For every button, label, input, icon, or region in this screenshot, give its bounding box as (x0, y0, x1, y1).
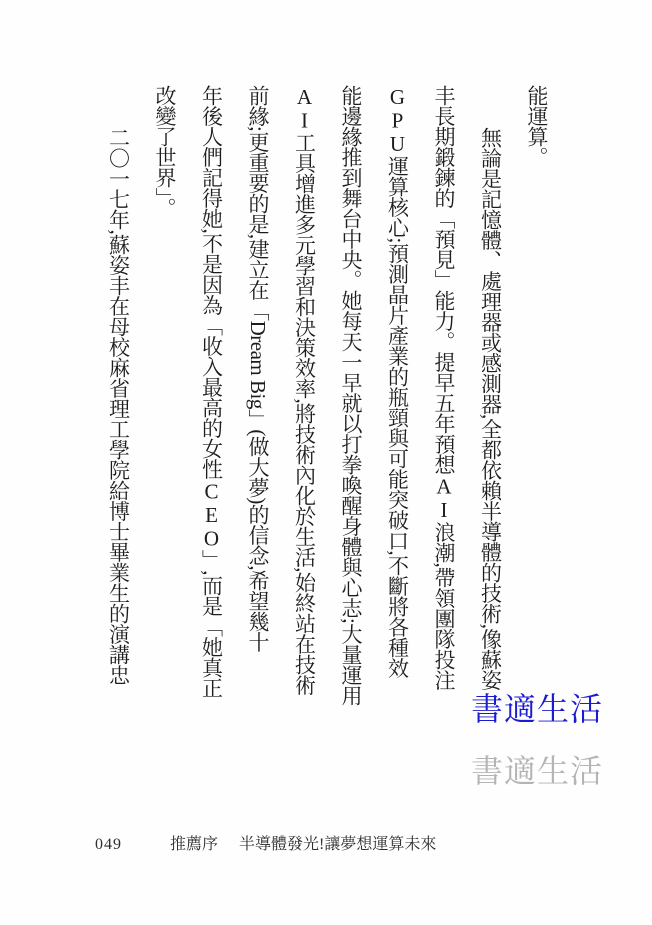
latin-upright-text: GPU (386, 85, 410, 156)
section-label: 推薦序 (170, 836, 218, 853)
column-text: 」(做大夢)的信念,希望幾十 (246, 409, 270, 652)
column-text: 年後人們記得她,不是因為「收入最高的女性 (200, 85, 224, 479)
latin-upright-text: AI (432, 475, 456, 522)
column-text: 二〇一七年,蘇姿丰在母校麻省理工學院給博士畢業生的演講忠 (107, 127, 131, 685)
column-text: 前緣;更重要的是,建立在「 (246, 85, 270, 321)
column-text: Dream Big (246, 321, 270, 409)
column-text: 浪潮,帶領團隊投注 (432, 522, 456, 691)
column-text: 無論是記憶體、處理器或感測器,全都依賴半導體的技術,像蘇姿 (479, 127, 503, 690)
text-column: AI工具增進多元學習和決策效率,將技術內化於生活,始終站在技術 (281, 85, 328, 830)
column-text: 工具增進多元學習和決策效率,將技術內化於生活,始終站在技術 (293, 132, 317, 695)
text-column: 丰長期鍛鍊的「預見」能力。提早五年預想AI浪潮,帶領團隊投注 (421, 85, 468, 830)
column-text: 能邊緣推到舞台中央。她每天一早就以打拳喚醒身體與心志;大量運用 (339, 85, 363, 705)
latin-upright-text: CEO (200, 479, 224, 550)
column-text: 」,而是「她真正 (200, 550, 224, 698)
latin-upright-text: AI (293, 85, 317, 132)
column-text: 改變了世界」。 (153, 85, 177, 218)
text-column: 前緣;更重要的是,建立在「Dream Big」(做大夢)的信念,希望幾十 (235, 85, 282, 830)
book-page: 能運算。無論是記憶體、處理器或感測器,全都依賴半導體的技術,像蘇姿丰長期鍛鍊的「… (0, 0, 652, 925)
column-text: 丰長期鍛鍊的「預見」能力。提早五年預想 (432, 85, 456, 475)
chapter-title: 半導體發光!讓夢想運算未來 (239, 836, 436, 853)
column-text: 能運算。 (525, 85, 549, 167)
page-footer: 049 推薦序 半導體發光!讓夢想運算未來 (95, 831, 436, 854)
text-column: GPU運算核心;預測晶片產業的瓶頸與可能突破口,不斷將各種效 (374, 85, 421, 830)
watermark-blue: 書適生活 (471, 684, 603, 730)
watermark-gray: 書適生活 (471, 746, 603, 792)
column-text: 運算核心;預測晶片產業的瓶頸與可能突破口,不斷將各種效 (386, 156, 410, 679)
text-column: 年後人們記得她,不是因為「收入最高的女性CEO」,而是「她真正 (188, 85, 235, 830)
text-column: 二〇一七年,蘇姿丰在母校麻省理工學院給博士畢業生的演講忠 (95, 85, 142, 872)
page-number: 049 (95, 836, 122, 853)
text-column: 能邊緣推到舞台中央。她每天一早就以打拳喚醒身體與心志;大量運用 (328, 85, 375, 830)
text-column: 改變了世界」。 (142, 85, 189, 830)
